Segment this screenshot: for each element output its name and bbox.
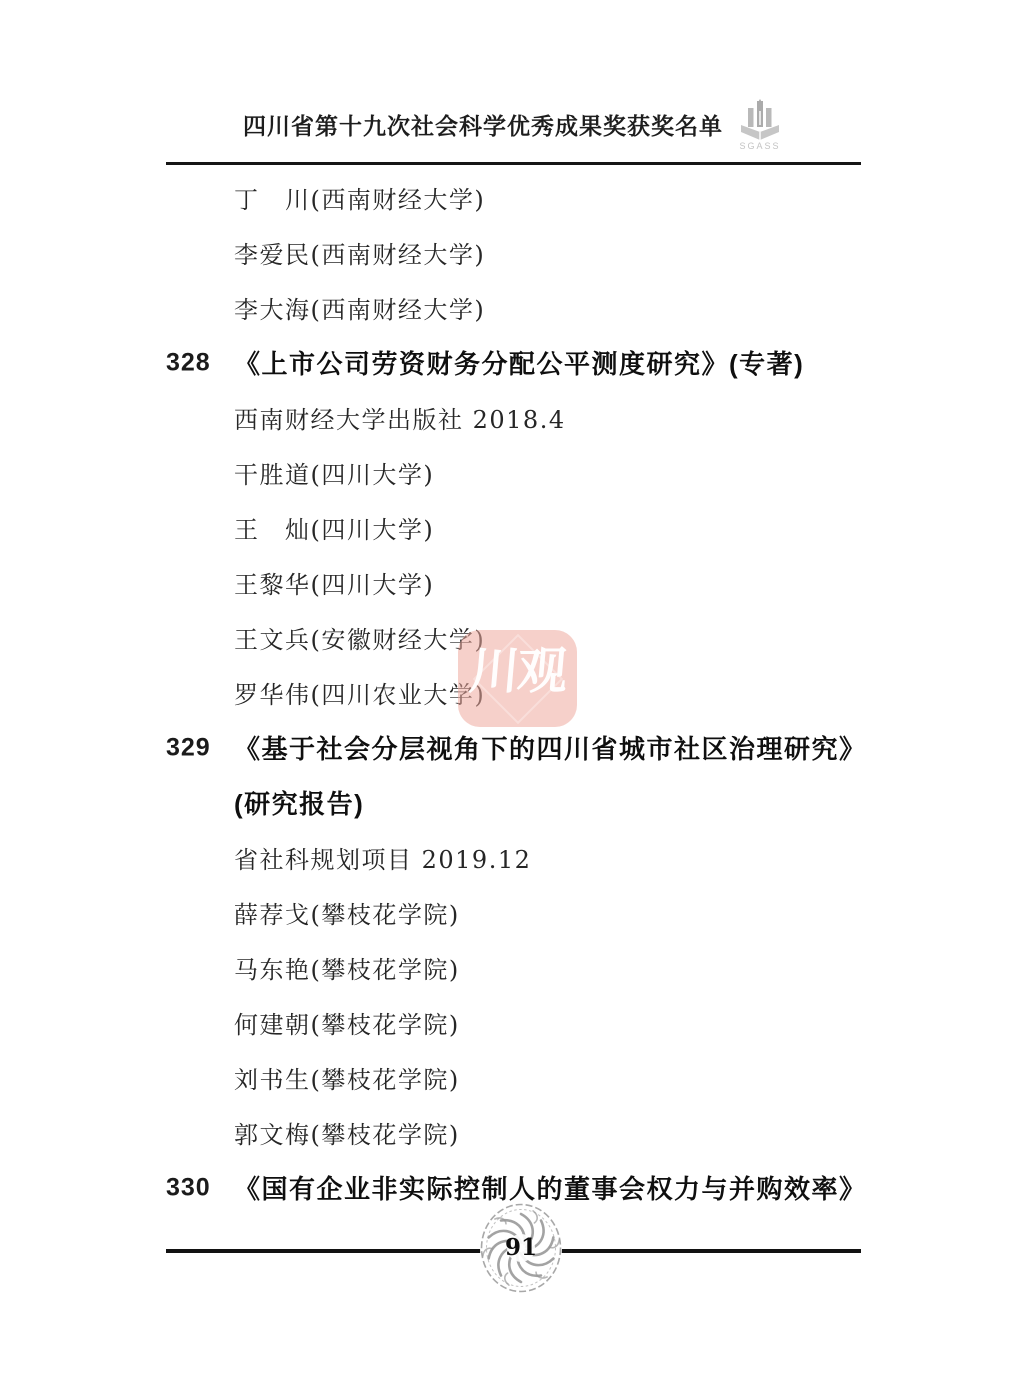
entry-person: 李爱民(西南财经大学) [234,235,485,270]
entry-person: 郭文梅(攀枝花学院) [234,1115,460,1150]
entries-list: 丁 川(西南财经大学)李爱民(西南财经大学)李大海(西南财经大学)328《上市公… [166,170,886,1215]
entry-person: 王文兵(安徽财经大学) [234,620,485,655]
content-line: 329《基于社会分层视角下的四川省城市社区治理研究》 [166,720,886,775]
content-line: 王文兵(安徽财经大学) [166,610,886,665]
entry-number: 328 [166,348,211,377]
content-line: 干胜道(四川大学) [166,445,886,500]
entry-source: 省社科规划项目 2019.12 [234,840,531,875]
content-line: 王黎华(四川大学) [166,555,886,610]
entry-title-continued: (研究报告) [234,784,364,821]
content-line: 省社科规划项目 2019.12 [166,830,886,885]
content-line: 马东艳(攀枝花学院) [166,940,886,995]
entry-person: 王黎华(四川大学) [234,565,434,600]
sgass-logo-text: SGASS [735,141,785,151]
content-line: 罗华伟(四川农业大学) [166,665,886,720]
entry-person: 薛荐戈(攀枝花学院) [234,895,460,930]
content-line: 薛荐戈(攀枝花学院) [166,885,886,940]
content-line: (研究报告) [166,775,886,830]
entry-number: 330 [166,1173,211,1202]
content-line: 328《上市公司劳资财务分配公平测度研究》(专著) [166,335,886,390]
entry-person: 王 灿(四川大学) [234,510,434,545]
content-line: 李大海(西南财经大学) [166,280,886,335]
content-line: 刘书生(攀枝花学院) [166,1050,886,1105]
content-line: 郭文梅(攀枝花学院) [166,1105,886,1160]
sgass-logo-icon [737,99,783,141]
page-number-ornament: 91 [478,1202,564,1294]
entry-person: 刘书生(攀枝花学院) [234,1060,460,1095]
entry-title: 《国有企业非实际控制人的董事会权力与并购效率》 [234,1169,867,1206]
content-line: 西南财经大学出版社 2018.4 [166,390,886,445]
page-header-title: 四川省第十九次社会科学优秀成果奖获奖名单 [243,112,699,142]
entry-person: 马东艳(攀枝花学院) [234,950,460,985]
entry-person: 干胜道(四川大学) [234,455,434,490]
content-line: 王 灿(四川大学) [166,500,886,555]
entry-title: 《上市公司劳资财务分配公平测度研究》(专著) [234,344,804,381]
entry-source: 西南财经大学出版社 2018.4 [234,400,566,435]
sgass-logo: SGASS [735,99,785,151]
entry-person: 罗华伟(四川农业大学) [234,675,485,710]
content-line: 李爱民(西南财经大学) [166,225,886,280]
page-number: 91 [478,1234,564,1261]
header-divider [166,162,861,165]
entry-title: 《基于社会分层视角下的四川省城市社区治理研究》 [234,729,867,766]
entry-person: 何建朝(攀枝花学院) [234,1005,460,1040]
entry-person: 李大海(西南财经大学) [234,290,485,325]
entry-number: 329 [166,733,211,762]
content-line: 丁 川(西南财经大学) [166,170,886,225]
document-page: 四川省第十九次社会科学优秀成果奖获奖名单 SGASS 丁 川(西南财经大学)李爱… [0,0,1024,1380]
content-line: 何建朝(攀枝花学院) [166,995,886,1050]
entry-person: 丁 川(西南财经大学) [234,180,485,215]
